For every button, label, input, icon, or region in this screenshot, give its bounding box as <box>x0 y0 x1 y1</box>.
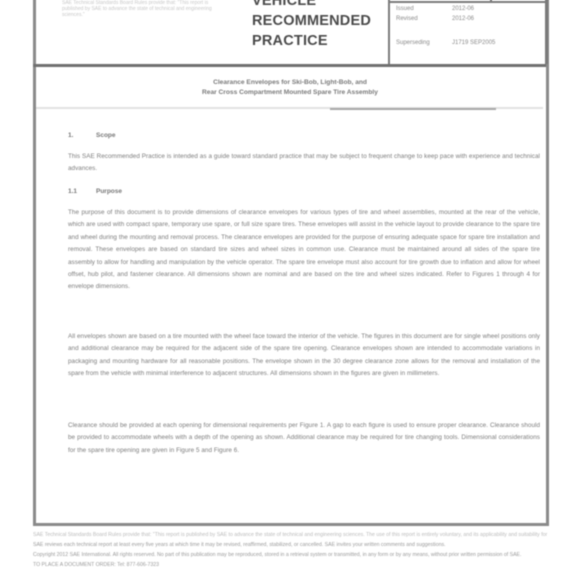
purpose-paragraph-1: The purpose of this document is to provi… <box>68 207 540 294</box>
footer-line: Copyright 2012 SAE International. All ri… <box>33 550 548 560</box>
title-separator-accent <box>330 108 496 110</box>
document-type-line: VEHICLE <box>252 0 371 11</box>
document-title-line: Rear Cross Compartment Mounted Spare Tir… <box>40 88 540 98</box>
info-value: 2012-06 <box>452 6 474 12</box>
info-row-issued: Issued2012-06 <box>396 6 474 12</box>
info-label: Superseding <box>396 40 452 46</box>
header-divider <box>33 64 546 67</box>
footer-line: SAE reviews each technical report at lea… <box>33 540 548 550</box>
info-label: Issued <box>396 6 452 12</box>
document-type-line: RECOMMENDED <box>252 11 371 31</box>
info-row-superseding: SupersedingJ1719 SEP2005 <box>396 40 495 46</box>
info-row-revised: Revised2012-06 <box>396 16 474 22</box>
document-type-title: VEHICLE RECOMMENDED PRACTICE <box>252 0 371 51</box>
scope-paragraph: This SAE Recommended Practice is intende… <box>68 151 540 176</box>
footer-line: SAE Technical Standards Board Rules prov… <box>33 530 548 540</box>
section-number: 1.1 <box>68 188 96 195</box>
document-info-box: Issued2012-06 Revised2012-06 Superseding… <box>388 0 548 64</box>
section-heading-scope: 1.Scope <box>68 132 116 139</box>
footer-line: TO PLACE A DOCUMENT ORDER: Tel: 877-606-… <box>33 560 548 570</box>
info-label: Revised <box>396 16 452 22</box>
document-title-line: Clearance Envelopes for Ski-Bob, Light-B… <box>40 78 540 88</box>
section-heading-purpose: 1.1Purpose <box>68 188 122 195</box>
legal-footer: SAE Technical Standards Board Rules prov… <box>33 530 548 570</box>
section-title: Scope <box>96 132 116 139</box>
info-value: J1719 SEP2005 <box>452 40 495 46</box>
purpose-paragraph-2: All envelopes shown are based on a tire … <box>68 331 540 381</box>
document-type-line: PRACTICE <box>252 31 371 51</box>
document-title: Clearance Envelopes for Ski-Bob, Light-B… <box>40 78 540 98</box>
section-number: 1. <box>68 132 96 139</box>
info-value: 2012-06 <box>452 16 474 22</box>
section-title: Purpose <box>96 188 122 195</box>
purpose-paragraph-3: Clearance should be provided at each ope… <box>68 420 540 457</box>
